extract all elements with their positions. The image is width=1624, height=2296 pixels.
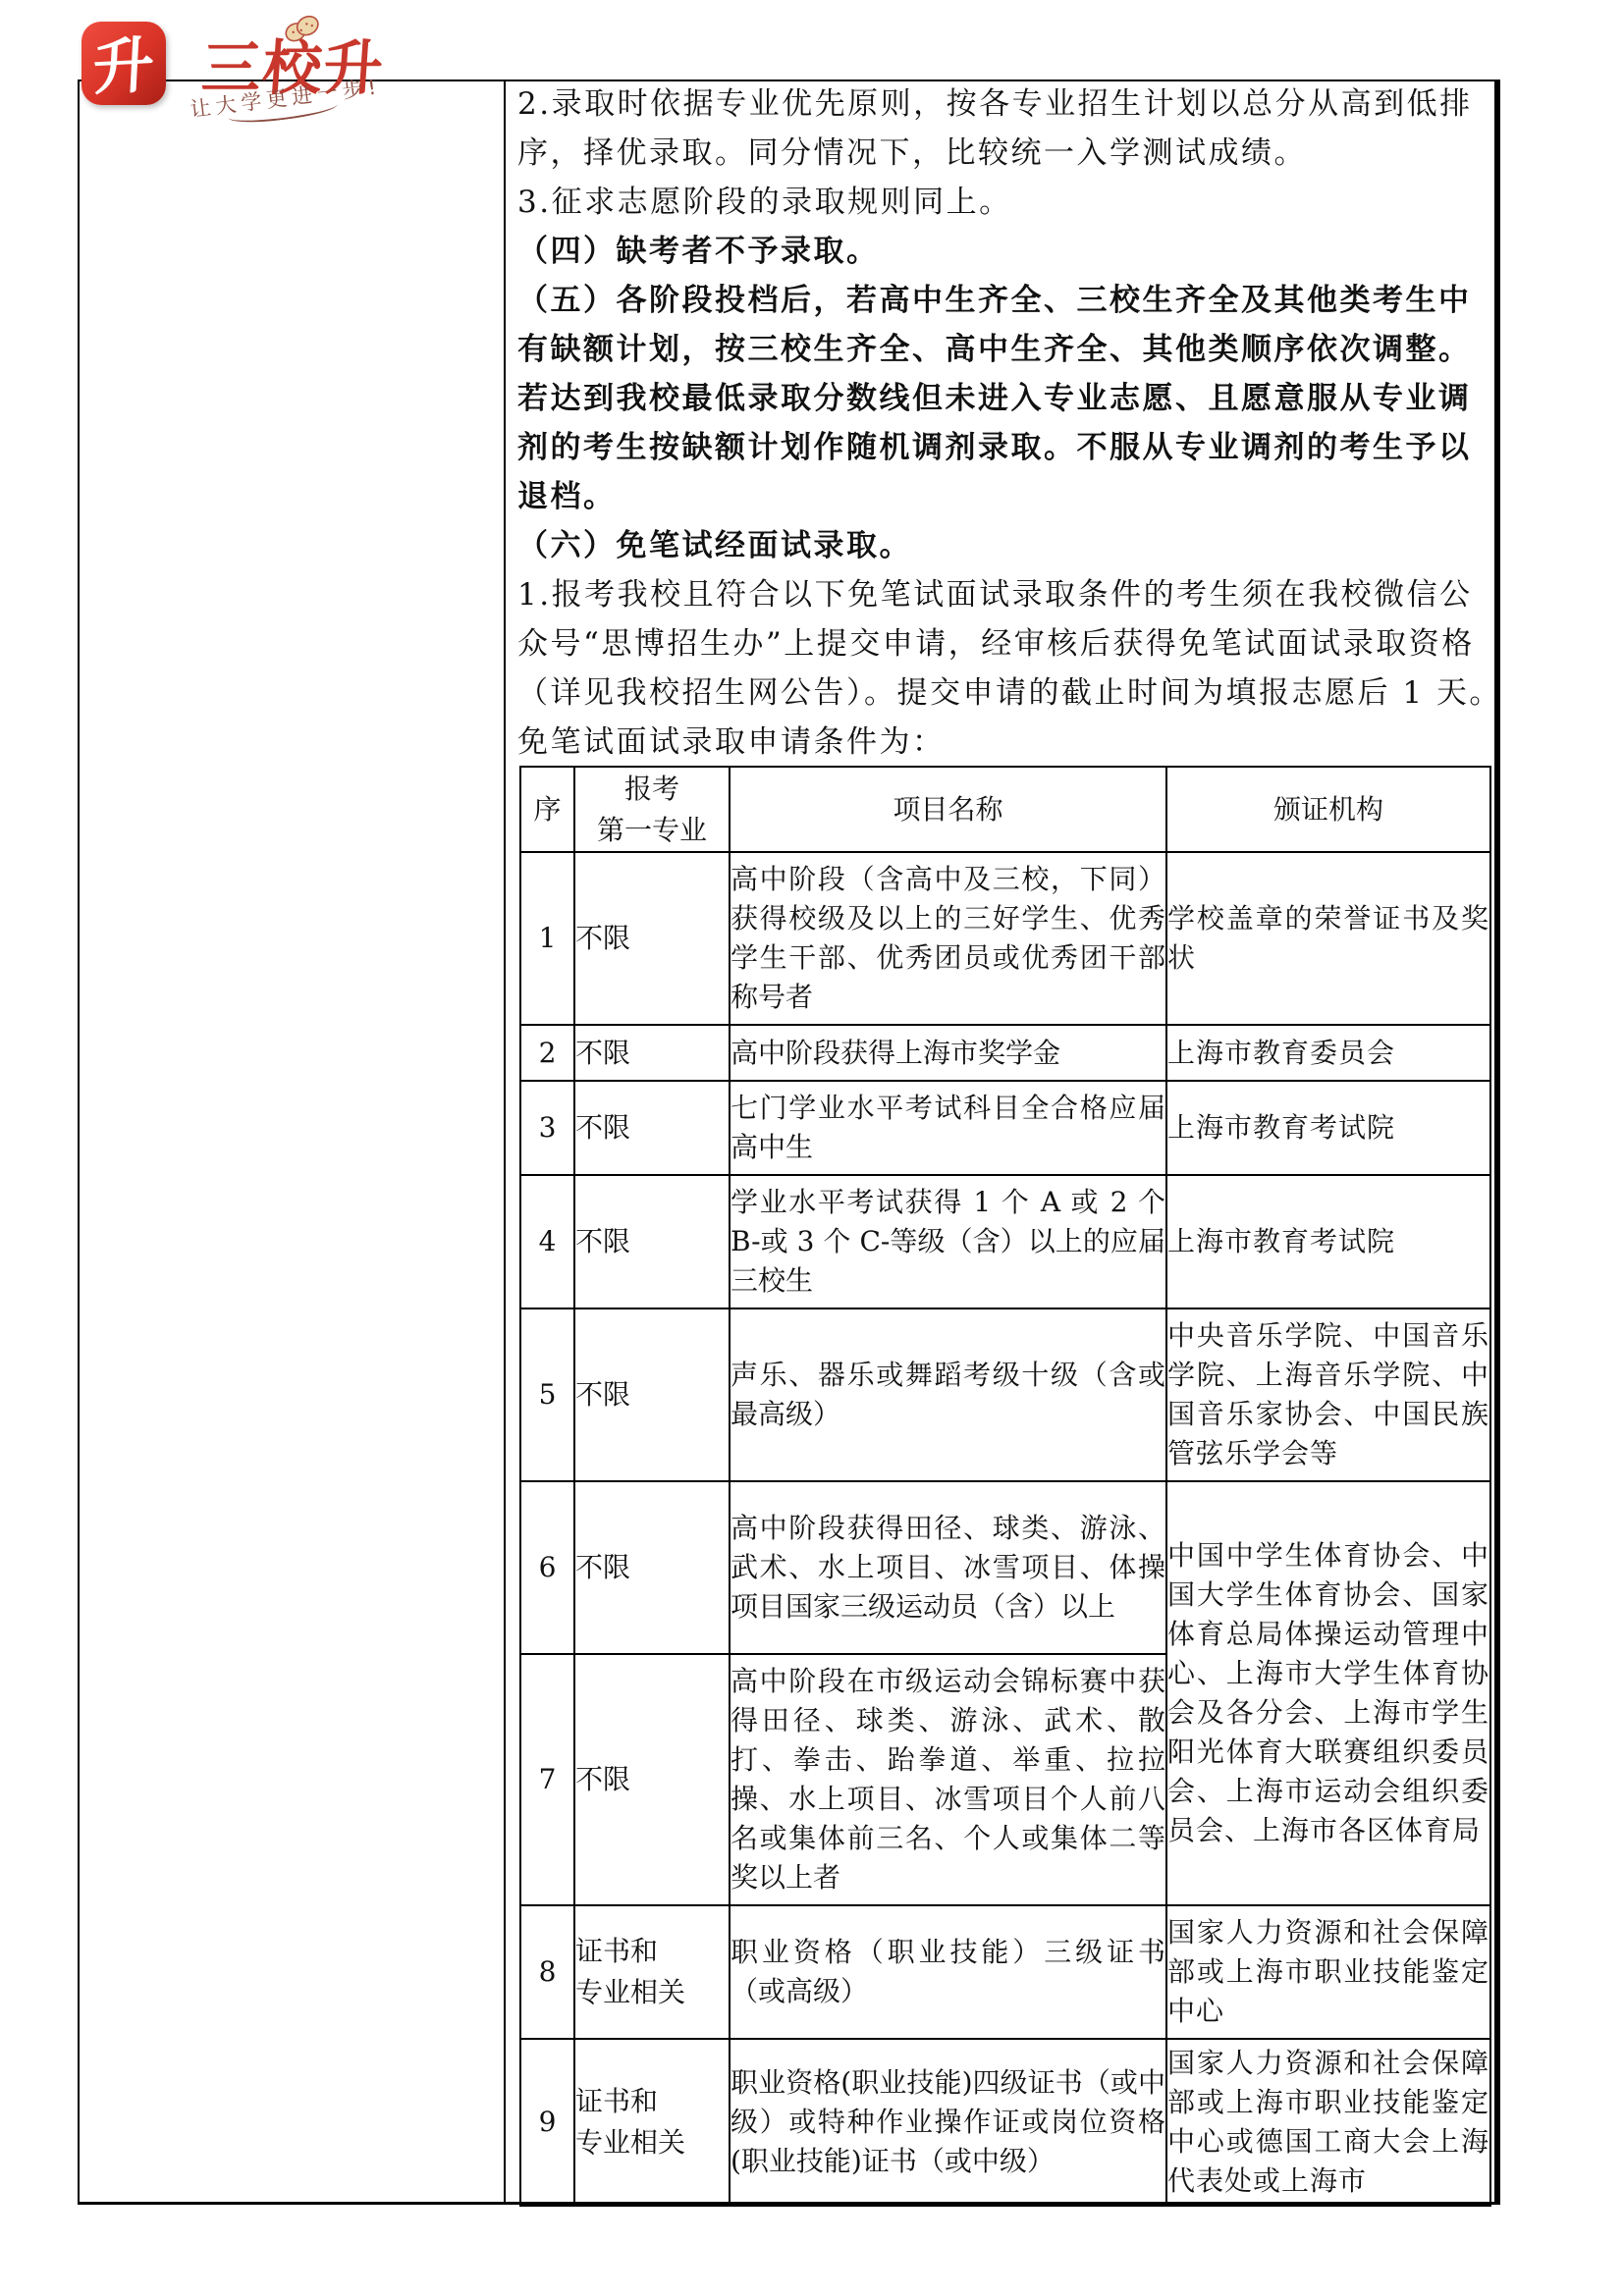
table-header-major: 报考 第一专业	[574, 767, 730, 852]
body-line: 2.录取时依据专业优先原则，按各专业招生计划以总分从高到低排	[517, 80, 1485, 129]
cell-seq: 8	[520, 1905, 574, 2039]
cell-project-name: 职业资格(职业技能)四级证书（或中级）或特种作业操作证或岗位资格(职业技能)证书…	[730, 2039, 1166, 2206]
cell-project-name: 七门学业水平考试科目全合格应届高中生	[730, 1081, 1166, 1175]
table-row: 4不限学业水平考试获得 1 个 A 或 2 个 B-或 3 个 C-等级（含）以…	[520, 1175, 1490, 1308]
cell-first-major: 不限	[574, 1654, 730, 1905]
table-row: 3不限七门学业水平考试科目全合格应届高中生上海市教育考试院	[520, 1081, 1490, 1175]
table-header-issuer: 颁证机构	[1166, 767, 1490, 852]
cell-issuing-authority: 上海市教育考试院	[1166, 1175, 1490, 1308]
table-row: 8证书和 专业相关职业资格（职业技能）三级证书（或高级）国家人力资源和社会保障部…	[520, 1905, 1490, 2039]
cell-project-name: 高中阶段（含高中及三校，下同）获得校级及以上的三好学生、优秀学生干部、优秀团员或…	[730, 852, 1166, 1025]
cell-first-major: 证书和 专业相关	[574, 1905, 730, 2039]
outer-border-right	[1494, 80, 1500, 2205]
body-line: 众号“思博招生办”上提交申请，经审核后获得免笔试面试录取资格	[517, 619, 1485, 668]
cell-issuing-authority: 上海市教育考试院	[1166, 1081, 1490, 1175]
cell-project-name: 高中阶段获得田径、球类、游泳、武术、水上项目、冰雪项目、体操项目国家三级运动员（…	[730, 1481, 1166, 1654]
body-line: 若达到我校最低录取分数线但未进入专业志愿、且愿意服从专业调	[517, 374, 1485, 423]
document-page: 升 三校升 让大学更进一步! 2.录取时依据专业优先原则，按各专业招生计划以总分…	[0, 0, 1624, 2296]
outer-border-left	[78, 80, 80, 2205]
cell-issuing-authority: 中央音乐学院、中国音乐学院、上海音乐学院、中国音乐家协会、中国民族管弦乐学会等	[1166, 1308, 1490, 1481]
column-divider	[504, 80, 506, 2205]
logo-icon-glyph: 升	[80, 20, 169, 103]
cell-first-major: 不限	[574, 1081, 730, 1175]
cell-issuing-authority: 上海市教育委员会	[1166, 1025, 1490, 1081]
cell-seq: 2	[520, 1025, 574, 1081]
body-line: （四）缺考者不予录取。	[517, 227, 1485, 276]
body-line: 有缺额计划，按三校生齐全、高中生齐全、其他类顺序依次调整。	[517, 325, 1485, 374]
cell-project-name: 高中阶段在市级运动会锦标赛中获得田径、球类、游泳、武术、散打、拳击、跆拳道、举重…	[730, 1654, 1166, 1905]
body-line: 免笔试面试录取申请条件为：	[517, 718, 1485, 767]
table-row: 2不限高中阶段获得上海市奖学金上海市教育委员会	[520, 1025, 1490, 1081]
cell-issuing-authority: 中国中学生体育协会、中国大学生体育协会、国家体育总局体操运动管理中心、上海市大学…	[1166, 1481, 1490, 1905]
cell-issuing-authority: 国家人力资源和社会保障部或上海市职业技能鉴定中心	[1166, 1905, 1490, 2039]
cell-seq: 5	[520, 1308, 574, 1481]
cell-first-major: 不限	[574, 852, 730, 1025]
table-row: 6不限高中阶段获得田径、球类、游泳、武术、水上项目、冰雪项目、体操项目国家三级运…	[520, 1481, 1490, 1654]
cell-seq: 4	[520, 1175, 574, 1308]
cell-project-name: 职业资格（职业技能）三级证书（或高级）	[730, 1905, 1166, 2039]
cell-seq: 1	[520, 852, 574, 1025]
body-line: （五）各阶段投档后，若高中生齐全、三校生齐全及其他类考生中	[517, 276, 1485, 325]
table-row: 1不限高中阶段（含高中及三校，下同）获得校级及以上的三好学生、优秀学生干部、优秀…	[520, 852, 1490, 1025]
table-row: 5不限声乐、器乐或舞蹈考级十级（含或最高级）中央音乐学院、中国音乐学院、上海音乐…	[520, 1308, 1490, 1481]
cell-seq: 9	[520, 2039, 574, 2206]
cell-project-name: 学业水平考试获得 1 个 A 或 2 个 B-或 3 个 C-等级（含）以上的应…	[730, 1175, 1166, 1308]
cell-project-name: 高中阶段获得上海市奖学金	[730, 1025, 1166, 1081]
cell-first-major: 不限	[574, 1175, 730, 1308]
cell-seq: 3	[520, 1081, 574, 1175]
exemption-conditions-table: 序报考 第一专业项目名称颁证机构1不限高中阶段（含高中及三校，下同）获得校级及以…	[519, 766, 1491, 2207]
body-line: 序，择优录取。同分情况下，比较统一入学测试成绩。	[517, 129, 1485, 178]
cell-first-major: 不限	[574, 1308, 730, 1481]
body-line: （详见我校招生网公告）。提交申请的截止时间为填报志愿后 1 天。	[517, 668, 1485, 718]
logo-app-icon: 升	[81, 22, 166, 105]
cell-seq: 7	[520, 1654, 574, 1905]
admission-rules-text: 2.录取时依据专业优先原则，按各专业招生计划以总分从高到低排序，择优录取。同分情…	[517, 80, 1485, 767]
cell-seq: 6	[520, 1481, 574, 1654]
peanut-icon	[281, 12, 324, 49]
cell-first-major: 证书和 专业相关	[574, 2039, 730, 2206]
sanxiaosheng-logo: 升 三校升 让大学更进一步!	[0, 0, 353, 128]
body-line: 1.报考我校且符合以下免笔试面试录取条件的考生须在我校微信公	[517, 570, 1485, 619]
body-line: （六）免笔试经面试录取。	[517, 521, 1485, 570]
body-line: 剂的考生按缺额计划作随机调剂录取。不服从专业调剂的考生予以	[517, 423, 1485, 472]
cell-issuing-authority: 学校盖章的荣誉证书及奖状	[1166, 852, 1490, 1025]
cell-first-major: 不限	[574, 1025, 730, 1081]
cell-issuing-authority: 国家人力资源和社会保障部或上海市职业技能鉴定中心或德国工商大会上海代表处或上海市	[1166, 2039, 1490, 2206]
table-header-seq: 序	[520, 767, 574, 852]
body-line: 退档。	[517, 472, 1485, 521]
body-line: 3.征求志愿阶段的录取规则同上。	[517, 178, 1485, 227]
table-row: 9证书和 专业相关职业资格(职业技能)四级证书（或中级）或特种作业操作证或岗位资…	[520, 2039, 1490, 2206]
cell-project-name: 声乐、器乐或舞蹈考级十级（含或最高级）	[730, 1308, 1166, 1481]
cell-first-major: 不限	[574, 1481, 730, 1654]
table-header-project: 项目名称	[730, 767, 1166, 852]
